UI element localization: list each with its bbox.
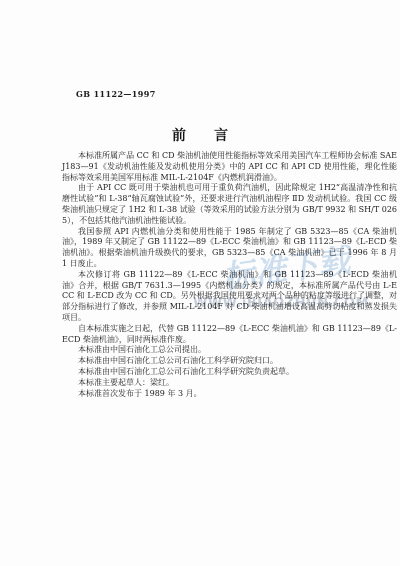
foreword-paragraph: 由于 API CC 既可用于柴油机也可用于重负荷汽油机，因此除规定 1H2“高温…: [62, 183, 397, 226]
foreword-paragraph: 本标准所属产品 CC 和 CD 柴油机油使用性能指标等效采用美国汽车工程师协会标…: [62, 151, 397, 183]
foreword-paragraph: 本标准首次发布于 1989 年 3 月。: [62, 389, 397, 400]
foreword-paragraph: 本标准主要起草人：梁红。: [62, 378, 397, 389]
foreword-paragraph: 本标准由中国石油化工总公司石油化工科学研究院负责起草。: [62, 367, 397, 378]
foreword-paragraph: 本标准由中国石油化工总公司石油化工科学研究院归口。: [62, 356, 397, 367]
document-page: 标准下载 WWW.iBIAOZHUN.COM GB 11122—1997 前 言…: [0, 0, 400, 566]
foreword-paragraph: 自本标准实施之日起，代替 GB 11122—89《L-ECC 柴油机油》和 GB…: [62, 324, 397, 346]
foreword-paragraph: 本标准由中国石油化工总公司提出。: [62, 345, 397, 356]
page-title: 前 言: [0, 125, 400, 145]
foreword-body: 本标准所属产品 CC 和 CD 柴油机油使用性能指标等效采用美国汽车工程师协会标…: [62, 151, 397, 399]
foreword-paragraph: 本次修订将 GB 11122—89《L-ECC 柴油机油》和 GB 11123—…: [62, 270, 397, 324]
foreword-paragraph: 我国参照 API 内燃机油分类和使用性能于 1985 年制定了 GB 5323—…: [62, 227, 397, 270]
standard-code: GB 11122—1997: [76, 89, 156, 99]
